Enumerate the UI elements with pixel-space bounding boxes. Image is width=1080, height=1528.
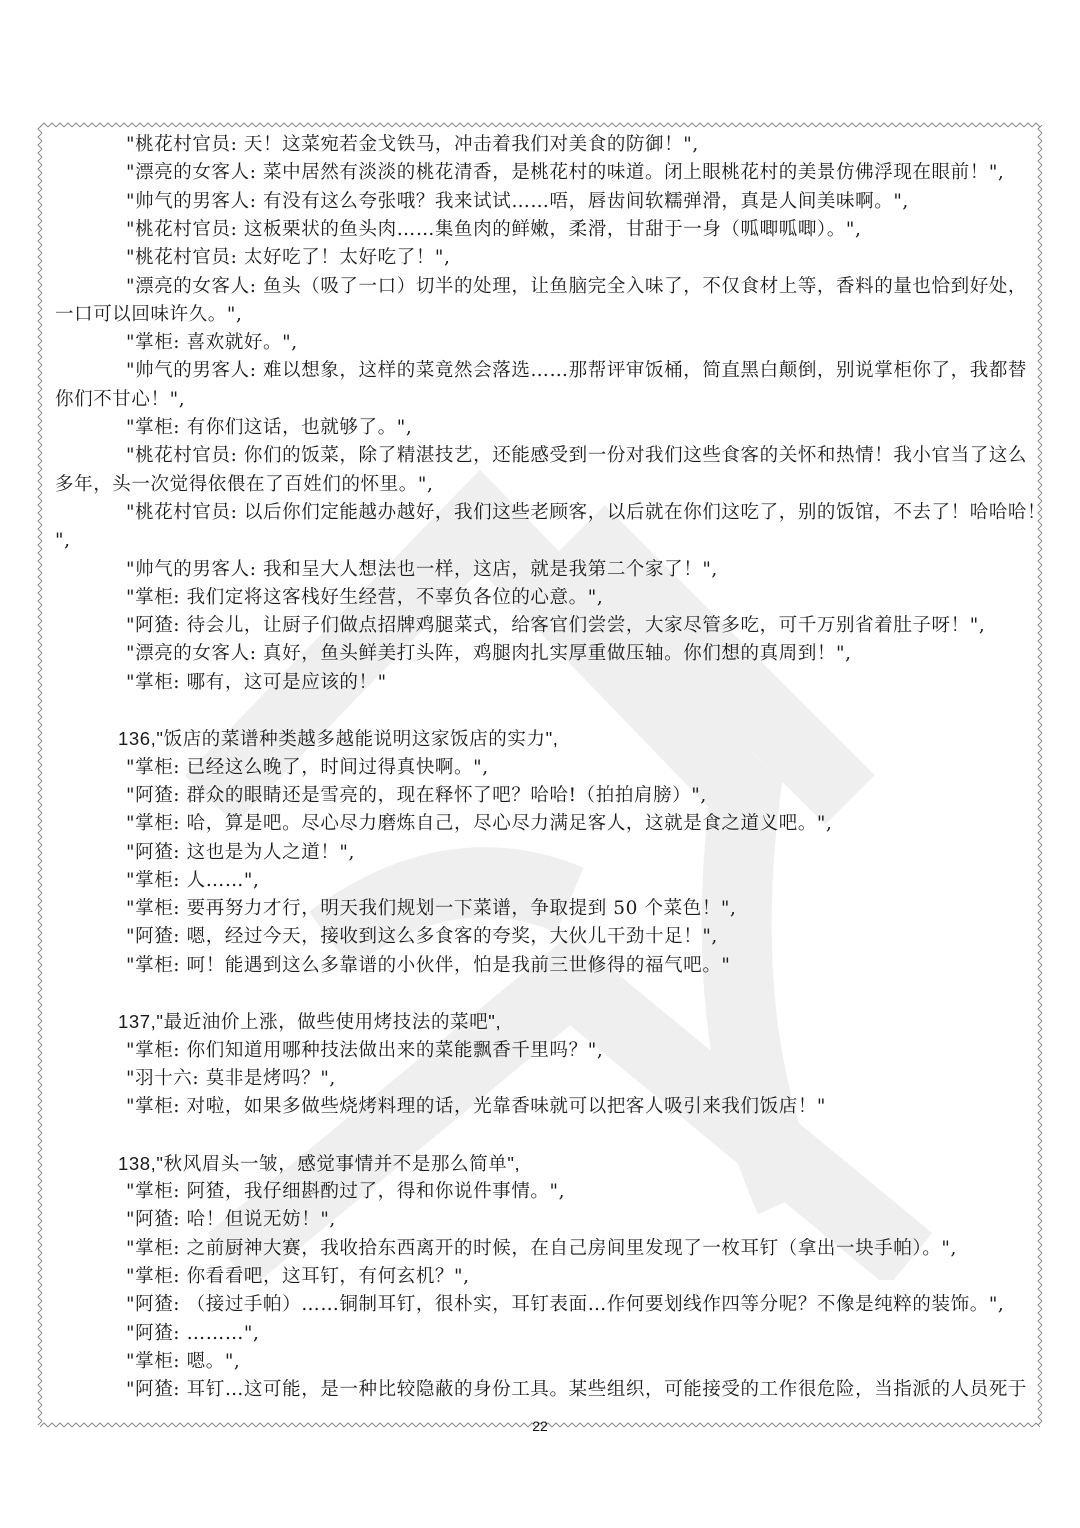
section-number: 136, [118, 728, 156, 749]
dialogue-line: "帅气的男客人: 难以想象，这样的菜竟然会落选……那帮评审饭桶，简直黑白颠倒，别… [126, 357, 1027, 385]
dialogue-line: "阿猹: 耳钉…这可能，是一种比较隐蔽的身份工具。某些组织，可能接受的工作很危险… [126, 1376, 1027, 1404]
dialogue-line: "阿猹: 待会儿，让厨子们做点招牌鸡腿菜式，给客官们尝尝，大家尽管多吃，可千万别… [126, 612, 985, 640]
dialogue-line: "掌柜: 我们定将这客栈好生经营，不辜负各位的心意。", [126, 584, 603, 612]
dialogue-line: "帅气的男客人: 有没有这么夸张哦？我来试试……唔，唇齿间软糯弹滑，真是人间美味… [126, 188, 909, 216]
dialogue-line: "桃花村官员: 以后你们定能越办越好，我们这些老顾客，以后就在你们这吃了，别的饭… [126, 499, 1046, 527]
page-number: 22 [0, 1418, 1080, 1434]
dialogue-line: "掌柜: 阿猹，我仔细斟酌过了，得和你说件事情。", [126, 1178, 565, 1206]
section-title: "秋风眉头一皱，感觉事情并不是那么简单", [156, 1153, 520, 1174]
section-number: 138, [118, 1153, 156, 1174]
dialogue-line: "阿猹: 哈！但说无妨！", [126, 1206, 336, 1234]
dialogue-line: "漂亮的女客人: 真好，鱼头鲜美打头阵，鸡腿肉扎实厚重做压轴。你们想的真周到！"… [126, 640, 852, 668]
dialogue-line: "漂亮的女客人: 鱼头（吸了一口）切半的处理，让鱼脑完全入味了，不仅食材上等，香… [126, 273, 1027, 301]
dialogue-line: "掌柜: 人……", [126, 867, 260, 895]
dialogue-line: "掌柜: 你们知道用哪种技法做出来的菜能飘香千里吗？", [126, 1037, 603, 1065]
zigzag-border-right [1036, 125, 1044, 1425]
dialogue-line: "桃花村官员: 太好吃了！太好吃了！", [126, 244, 451, 272]
dialogue-line: "掌柜: 嗯。", [126, 1348, 240, 1376]
document-page: "桃花村官员: 天！这菜宛若金戈铁马，冲击着我们对美食的防御！","漂亮的女客人… [0, 0, 1080, 1528]
dialogue-line-continuation: 多年，头一次觉得依偎在了百姓们的怀里。", [55, 471, 434, 499]
zigzag-border-left [36, 125, 44, 1425]
section-title: "饭店的菜谱种类越多越能说明这家饭店的实力", [156, 728, 558, 749]
section-title: "最近油价上涨，做些使用烤技法的菜吧", [156, 1011, 501, 1032]
dialogue-line: "掌柜: 要再努力才行，明天我们规划一下菜谱，争取提到 50 个菜色！", [126, 895, 737, 923]
dialogue-line: "掌柜: 之前厨神大赛，我收拾东西离开的时候，在自己房间里发现了一枚耳钉（拿出一… [126, 1235, 957, 1263]
dialogue-line: "掌柜: 你看看吧，这耳钉，有何玄机？", [126, 1263, 470, 1291]
dialogue-line: "桃花村官员: 天！这菜宛若金戈铁马，冲击着我们对美食的防御！", [126, 131, 699, 159]
dialogue-line: "漂亮的女客人: 菜中居然有淡淡的桃花清香，是桃花村的味道。闭上眼桃花村的美景仿… [126, 159, 1004, 187]
dialogue-line: "掌柜: 哪有，这可是应该的！" [126, 669, 387, 697]
dialogue-line-continuation: ", [55, 527, 71, 555]
dialogue-line: "掌柜: 哈，算是吧。尽心尽力磨炼自己，尽心尽力满足客人，这就是食之道义吧。", [126, 810, 833, 838]
dialogue-line: "阿猹: ………", [126, 1320, 260, 1348]
section-heading: 136,"饭店的菜谱种类越多越能说明这家饭店的实力", [118, 725, 559, 753]
dialogue-line: "帅气的男客人: 我和呈大人想法也一样，这店，就是我第二个家了！", [126, 556, 718, 584]
dialogue-line: "阿猹: 这也是为人之道！", [126, 839, 355, 867]
dialogue-line: "掌柜: 有你们这话，也就够了。", [126, 414, 412, 442]
zigzag-border-top [40, 121, 1040, 129]
dialogue-line: "掌柜: 已经这么晚了，时间过得真快啊。", [126, 754, 489, 782]
dialogue-line: "掌柜: 喜欢就好。", [126, 329, 298, 357]
dialogue-line-continuation: 你们不甘心！", [55, 386, 185, 414]
dialogue-line: "阿猹: （接过手帕）……铜制耳钉，很朴实，耳钉表面…作何要划线作四等分呢？不像… [126, 1291, 1004, 1319]
dialogue-line: "掌柜: 呵！能遇到这么多靠谱的小伙伴，怕是我前三世修得的福气吧。" [126, 952, 731, 980]
section-heading: 138,"秋风眉头一皱，感觉事情并不是那么简单", [118, 1150, 520, 1178]
section-number: 137, [118, 1011, 156, 1032]
dialogue-line: "桃花村官员: 这板栗状的鱼头肉……集鱼肉的鲜嫩，柔滑，甘甜于一身（呱唧呱唧）。… [126, 216, 861, 244]
dialogue-line: "羽十六: 莫非是烤吗？", [126, 1065, 336, 1093]
dialogue-line: "阿猹: 嗯，经过今天，接收到这么多食客的夸奖，大伙儿干劲十足！", [126, 923, 718, 951]
dialogue-line: "掌柜: 对啦，如果多做些烧烤料理的话，光靠香味就可以把客人吸引来我们饭店！" [126, 1093, 826, 1121]
dialogue-line: "桃花村官员: 你们的饭菜，除了精湛技艺，还能感受到一份对我们这些食客的关怀和热… [126, 442, 1027, 470]
dialogue-line: "阿猹: 群众的眼睛还是雪亮的，现在释怀了吧？哈哈!（拍拍肩膀）", [126, 782, 707, 810]
dialogue-line-continuation: 一口可以回味许久。", [55, 301, 243, 329]
section-heading: 137,"最近油价上涨，做些使用烤技法的菜吧", [118, 1008, 501, 1036]
